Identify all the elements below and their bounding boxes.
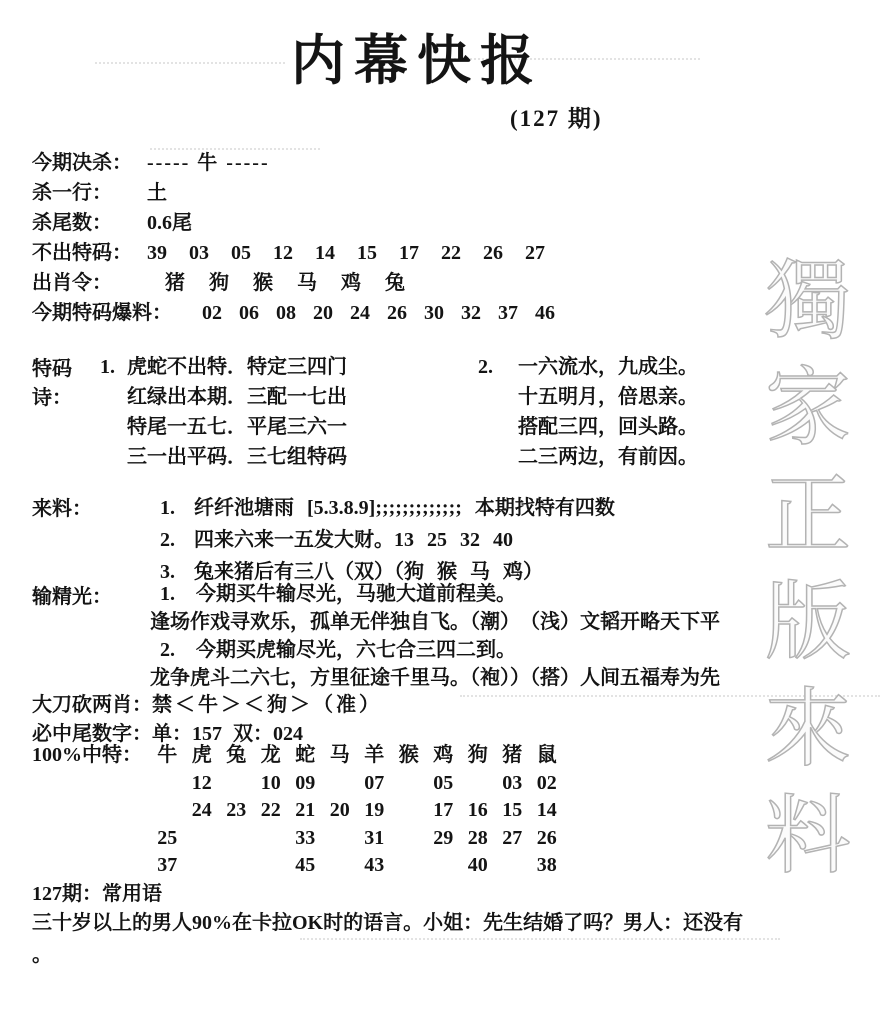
grid-cell: 07 (357, 770, 392, 798)
grid-cell: 33 (288, 825, 323, 853)
grid-cell (323, 770, 358, 798)
zodiac-header-row: 牛 虎 兔 龙 蛇 马 羊 猴 鸡 狗 猪 鼠 (150, 742, 564, 770)
grid-cell (219, 825, 254, 853)
grid-cell: 29 (426, 825, 461, 853)
kill-label: 今期决杀： (32, 148, 147, 178)
kill-label: 杀一行： (32, 178, 147, 208)
watermark-char: 來 (752, 676, 864, 783)
kill-value: 02 06 08 20 24 26 30 32 37 46 (202, 298, 555, 328)
watermark-char: 正 (752, 462, 864, 569)
grid-cell: 31 (357, 825, 392, 853)
poem-line: 2.一六流水，九成尘。 (478, 352, 698, 382)
zodiac-header-cell: 狗 (461, 742, 496, 770)
grid-cell (185, 852, 220, 880)
kill-value: 土 (147, 178, 167, 208)
kill-value: 39 03 05 12 14 15 17 22 26 27 (147, 238, 545, 268)
poem-column-2: 2.一六流水，九成尘。 十五明月，倍思亲。 搭配三四，回头路。 二三两边，有前因… (478, 352, 698, 472)
grid-cell: 17 (426, 797, 461, 825)
grid-cell: 05 (426, 770, 461, 798)
grid-row: 12 10 09 07 05 03 02 (150, 770, 564, 798)
grid-cell: 22 (254, 797, 289, 825)
grid-cell: 14 (530, 797, 565, 825)
item-text: 纤纤池塘雨 [5.3.8.9];;;;;;;;;;;;; 本期找特有四数 (194, 497, 615, 519)
incoming-tips-section: 来料： 1.纤纤池塘雨 [5.3.8.9];;;;;;;;;;;;; 本期找特有… (32, 492, 615, 588)
tips-label: 来料： (32, 492, 160, 588)
kill-row: 出肖令： 猪 狗 猴 马 鸡 兔 (32, 268, 555, 298)
poem-line: 二三两边，有前因。 (478, 442, 698, 472)
tips-item: 2.四来六来一五发大财。13 25 32 40 (160, 524, 615, 556)
zodiac-header-cell: 鼠 (530, 742, 565, 770)
kill-row: 杀一行： 土 (32, 178, 555, 208)
grid-cell (461, 770, 496, 798)
grid-cell (254, 825, 289, 853)
kill-row: 今期决杀： ----- 牛 ----- (32, 148, 555, 178)
poem-line: 三一出平码．三七组特码 (100, 442, 478, 472)
grid-cell: 24 (185, 797, 220, 825)
grid-cell: 43 (357, 852, 392, 880)
grid-cell (323, 825, 358, 853)
grid-cell: 28 (461, 825, 496, 853)
grid-cell: 16 (461, 797, 496, 825)
tips-item: 1.纤纤池塘雨 [5.3.8.9];;;;;;;;;;;;; 本期找特有四数 (160, 492, 615, 524)
item-number: 1. (160, 580, 196, 608)
zodiac-header-cell: 猪 (495, 742, 530, 770)
watermark-char: 家 (752, 355, 864, 462)
page-title: 内幕快报 (0, 18, 834, 95)
grid-cell (392, 797, 427, 825)
tips-items: 1.纤纤池塘雨 [5.3.8.9];;;;;;;;;;;;; 本期找特有四数 2… (160, 492, 615, 588)
grid-cell (254, 852, 289, 880)
grid-cell (185, 825, 220, 853)
item-number: 2. (160, 636, 196, 664)
poem-column-1: 1.虎蛇不出特．特定三四门 红绿出本期．三配一七出 特尾一五七．平尾三六一 三一… (100, 352, 478, 472)
grid-cell: 20 (323, 797, 358, 825)
kill-label: 不出特码： (32, 238, 147, 268)
grid-cell: 12 (185, 770, 220, 798)
poem-text: 虎蛇不出特．特定三四门 (127, 356, 347, 378)
chop-value: 禁＜牛＞＜狗＞（准） (152, 694, 382, 716)
poem-line: 红绿出本期．三配一七出 (100, 382, 478, 412)
special-code-poem: 特码诗： 1.虎蛇不出特．特定三四门 红绿出本期．三配一七出 特尾一五七．平尾三… (32, 352, 698, 472)
grid-cell (392, 770, 427, 798)
grid-cell: 45 (288, 852, 323, 880)
joke-line: 三十岁以上的男人90%在卡拉OK时的语言。小姐：先生结婚了吗？男人：还没有 (32, 906, 743, 935)
item-text: 今期买虎输尽光，六七合三四二到。 (196, 639, 516, 661)
kill-section: 今期决杀： ----- 牛 ----- 杀一行： 土 杀尾数： 0.6尾 不出特… (32, 148, 555, 328)
zodiac-header-cell: 猴 (392, 742, 427, 770)
watermark-char: 獨 (752, 248, 864, 355)
grid-cell (495, 852, 530, 880)
grid-cell: 37 (150, 852, 185, 880)
grid-label: 100%中特： (32, 742, 142, 769)
item-text: 四来六来一五发大财。13 25 32 40 (194, 529, 513, 551)
poem-line: 搭配三四，回头路。 (478, 412, 698, 442)
grid-cell: 40 (461, 852, 496, 880)
grid-cell: 09 (288, 770, 323, 798)
newsletter-page: 内幕快报 (127 期) 今期决杀： ----- 牛 ----- 杀一行： 土 … (0, 0, 887, 1024)
grid-cell: 23 (219, 797, 254, 825)
grid-cell: 21 (288, 797, 323, 825)
grid-cell: 27 (495, 825, 530, 853)
zodiac-header-cell: 龙 (254, 742, 289, 770)
grid-cell (219, 852, 254, 880)
grid-cell: 10 (254, 770, 289, 798)
poem-item-number: 1. (100, 352, 127, 382)
item-text: 今期买牛输尽光，马驰大道前程美。 (196, 583, 516, 605)
grid-cell: 26 (530, 825, 565, 853)
kill-label: 今期特码爆料： (32, 298, 202, 328)
kill-row: 杀尾数： 0.6尾 (32, 208, 555, 238)
grid-cell (392, 825, 427, 853)
grid-cell (323, 852, 358, 880)
zodiac-header-cell: 羊 (357, 742, 392, 770)
watermark-char: 版 (752, 569, 864, 676)
grid-cell (150, 770, 185, 798)
item-number: 1. (160, 492, 194, 524)
issue-number: (127 期) (510, 100, 603, 133)
poem-label: 特码诗： (32, 352, 100, 472)
grid-row: 37 45 43 40 38 (150, 852, 564, 880)
grid-cell: 02 (530, 770, 565, 798)
lose-all-label: 输精光： (32, 580, 160, 692)
kill-value: 猪 狗 猴 马 鸡 兔 (165, 268, 405, 298)
zodiac-header-cell: 虎 (185, 742, 220, 770)
grid-cell (392, 852, 427, 880)
grid-cell: 03 (495, 770, 530, 798)
kill-value: 0.6尾 (147, 208, 192, 238)
watermark-char: 料 (752, 783, 864, 890)
chop-label: 大刀砍两肖： (32, 694, 152, 716)
grid-cell (150, 797, 185, 825)
grid-cell: 15 (495, 797, 530, 825)
lose-all-section: 输精光： 1.今期买牛输尽光，马驰大道前程美。 逢场作戏寻欢乐，孤单无伴独自飞。… (32, 580, 720, 692)
zodiac-header-cell: 蛇 (288, 742, 323, 770)
scan-artifact (300, 938, 780, 940)
poem-item-number: 2. (478, 352, 518, 382)
zodiac-number-grid: 牛 虎 兔 龙 蛇 马 羊 猴 鸡 狗 猪 鼠 12 10 09 07 05 0… (150, 742, 564, 880)
zodiac-header-cell: 马 (323, 742, 358, 770)
poem-line: 十五明月，倍思亲。 (478, 382, 698, 412)
grid-row: 24 23 22 21 20 19 17 16 15 14 (150, 797, 564, 825)
watermark: 獨 家 正 版 來 料 (752, 248, 864, 890)
grid-cell: 19 (357, 797, 392, 825)
poem-line: 特尾一五七．平尾三六一 (100, 412, 478, 442)
joke-line-continuation: 。 (32, 938, 52, 967)
lose-all-line: 2.今期买虎输尽光，六七合三四二到。 (160, 636, 720, 664)
footer-issue-note: 127期：常用语 (32, 877, 162, 906)
zodiac-header-cell: 牛 (150, 742, 185, 770)
poem-line: 1.虎蛇不出特．特定三四门 (100, 352, 478, 382)
grid-row: 25 33 31 29 28 27 26 (150, 825, 564, 853)
lose-all-line: 逢场作戏寻欢乐，孤单无伴独自飞。（潮） （浅）文韬开略天下平 (150, 608, 720, 636)
kill-label: 杀尾数： (32, 208, 147, 238)
grid-cell: 25 (150, 825, 185, 853)
item-number: 2. (160, 524, 194, 556)
kill-row: 今期特码爆料： 02 06 08 20 24 26 30 32 37 46 (32, 298, 555, 328)
grid-cell (426, 852, 461, 880)
zodiac-header-cell: 兔 (219, 742, 254, 770)
poem-text: 一六流水，九成尘。 (518, 356, 698, 378)
kill-row: 不出特码： 39 03 05 12 14 15 17 22 26 27 (32, 238, 555, 268)
zodiac-header-cell: 鸡 (426, 742, 461, 770)
lose-all-rows: 1.今期买牛输尽光，马驰大道前程美。 逢场作戏寻欢乐，孤单无伴独自飞。（潮） （… (160, 580, 720, 692)
grid-cell: 38 (530, 852, 565, 880)
grid-cell (219, 770, 254, 798)
chop-two-zodiacs-line: 大刀砍两肖：禁＜牛＞＜狗＞（准） (32, 688, 382, 717)
lose-all-line: 1.今期买牛输尽光，马驰大道前程美。 (160, 580, 720, 608)
kill-value: ----- 牛 ----- (147, 148, 270, 178)
kill-label: 出肖令： (32, 268, 165, 298)
